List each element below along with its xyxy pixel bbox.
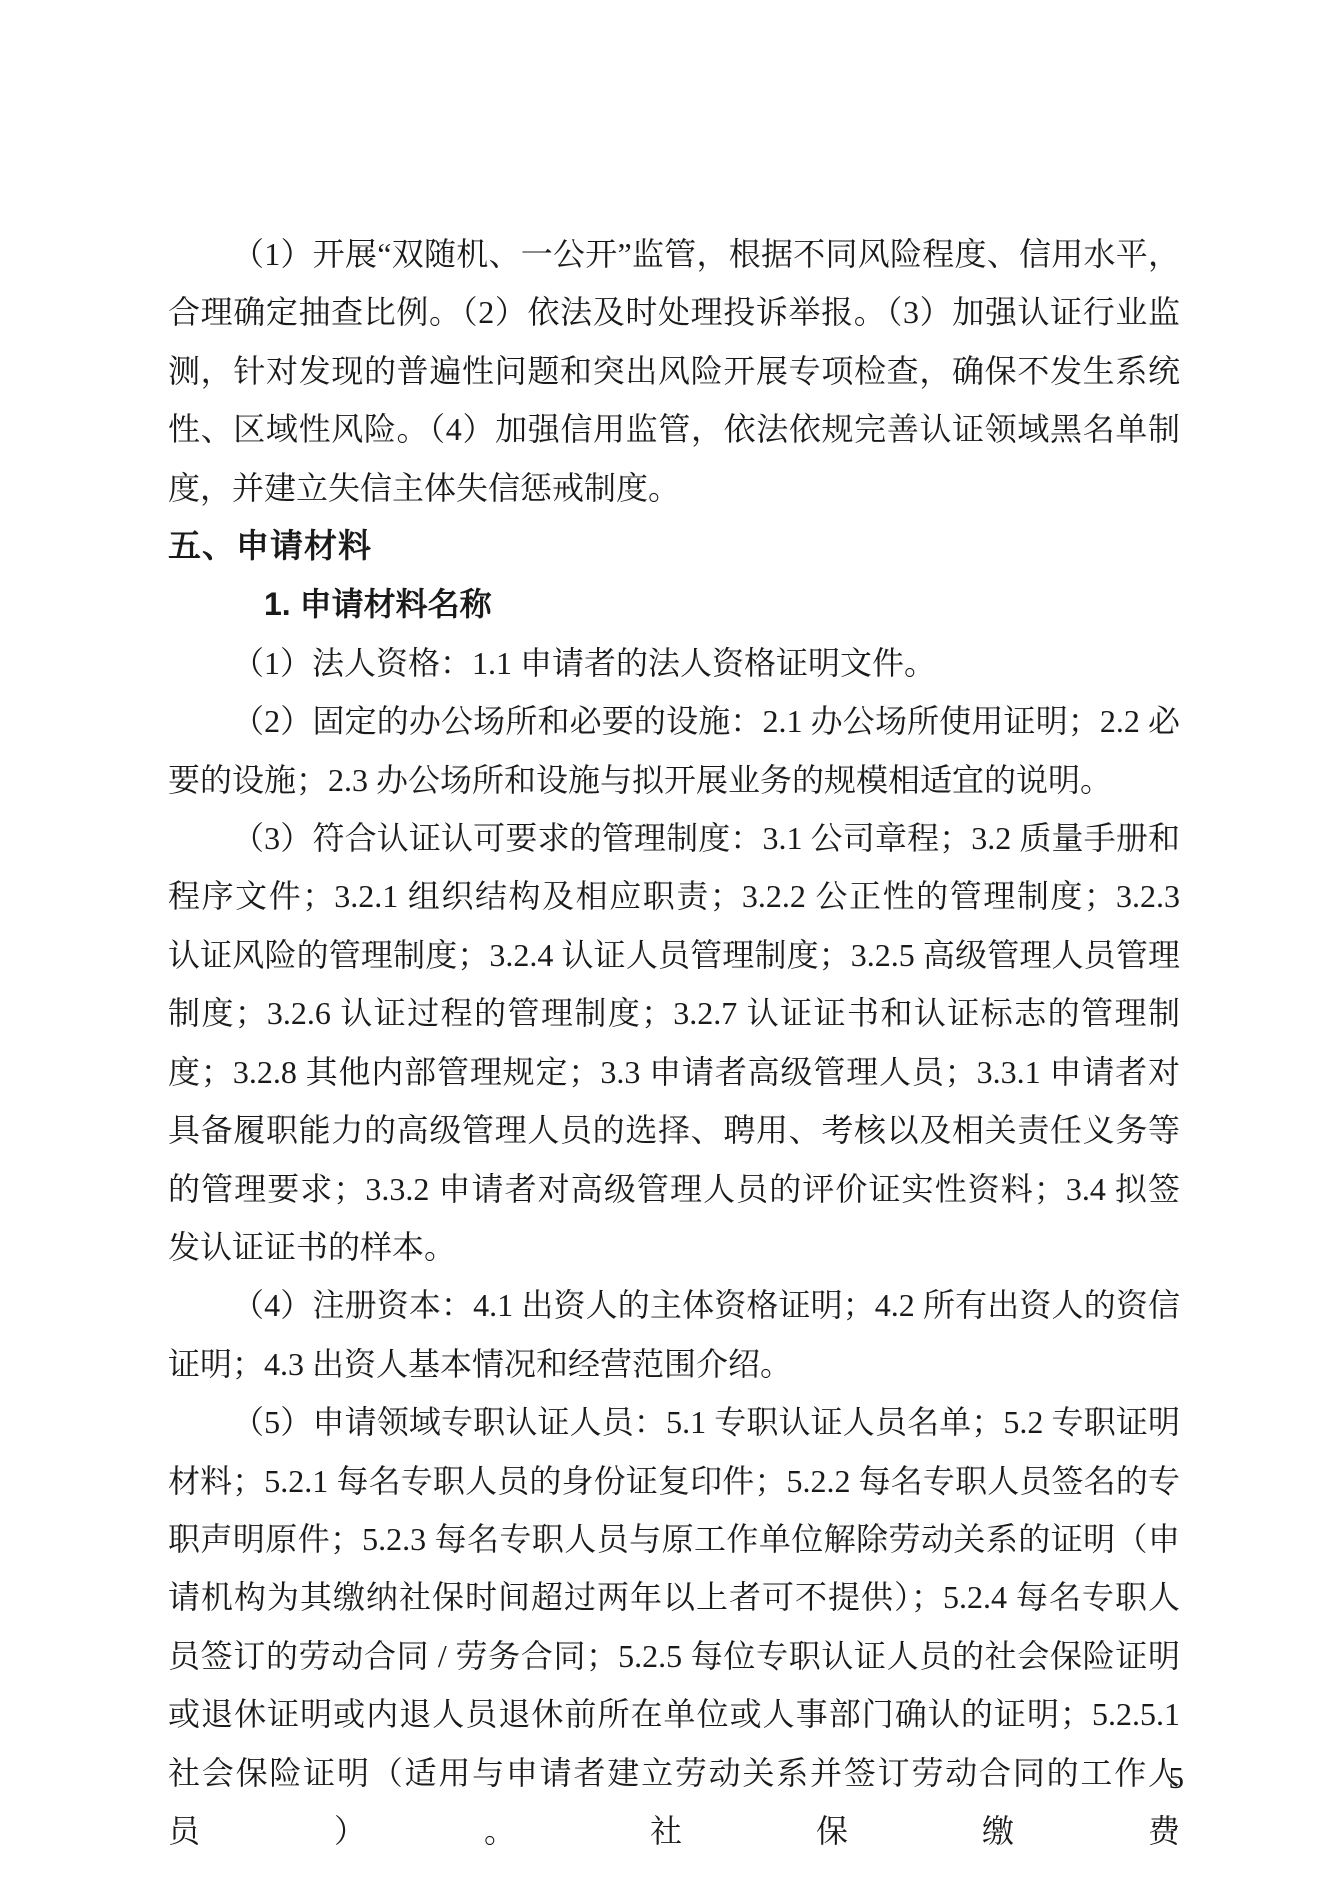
document-page: （1）开展“双随机、一公开”监管，根据不同风险程度、信用水平，合理确定抽查比例。…	[0, 0, 1339, 1890]
document-body: （1）开展“双随机、一公开”监管，根据不同风险程度、信用水平，合理确定抽查比例。…	[168, 225, 1180, 1860]
paragraph-item4-registered-capital: （4）注册资本：4.1 出资人的主体资格证明；4.2 所有出资人的资信证明；4.…	[168, 1276, 1180, 1393]
paragraph-item1-legal-person: （1）法人资格：1.1 申请者的法人资格证明文件。	[168, 634, 1180, 692]
paragraph-item3-management-systems: （3）符合认证认可要求的管理制度：3.1 公司章程；3.2 质量手册和程序文件；…	[168, 809, 1180, 1276]
paragraph-item5-fulltime-personnel: （5）申请领域专职认证人员：5.1 专职认证人员名单；5.2 专职证明材料；5.…	[168, 1393, 1180, 1860]
section-heading-application-materials: 五、申请材料	[168, 517, 1180, 575]
page-number: 5	[1169, 1758, 1185, 1798]
subsection-heading-material-names: 1. 申请材料名称	[168, 575, 1180, 633]
paragraph-item2-office-premises: （2）固定的办公场所和必要的设施：2.1 办公场所使用证明；2.2 必要的设施；…	[168, 692, 1180, 809]
paragraph-supervision-measures: （1）开展“双随机、一公开”监管，根据不同风险程度、信用水平，合理确定抽查比例。…	[168, 225, 1180, 517]
